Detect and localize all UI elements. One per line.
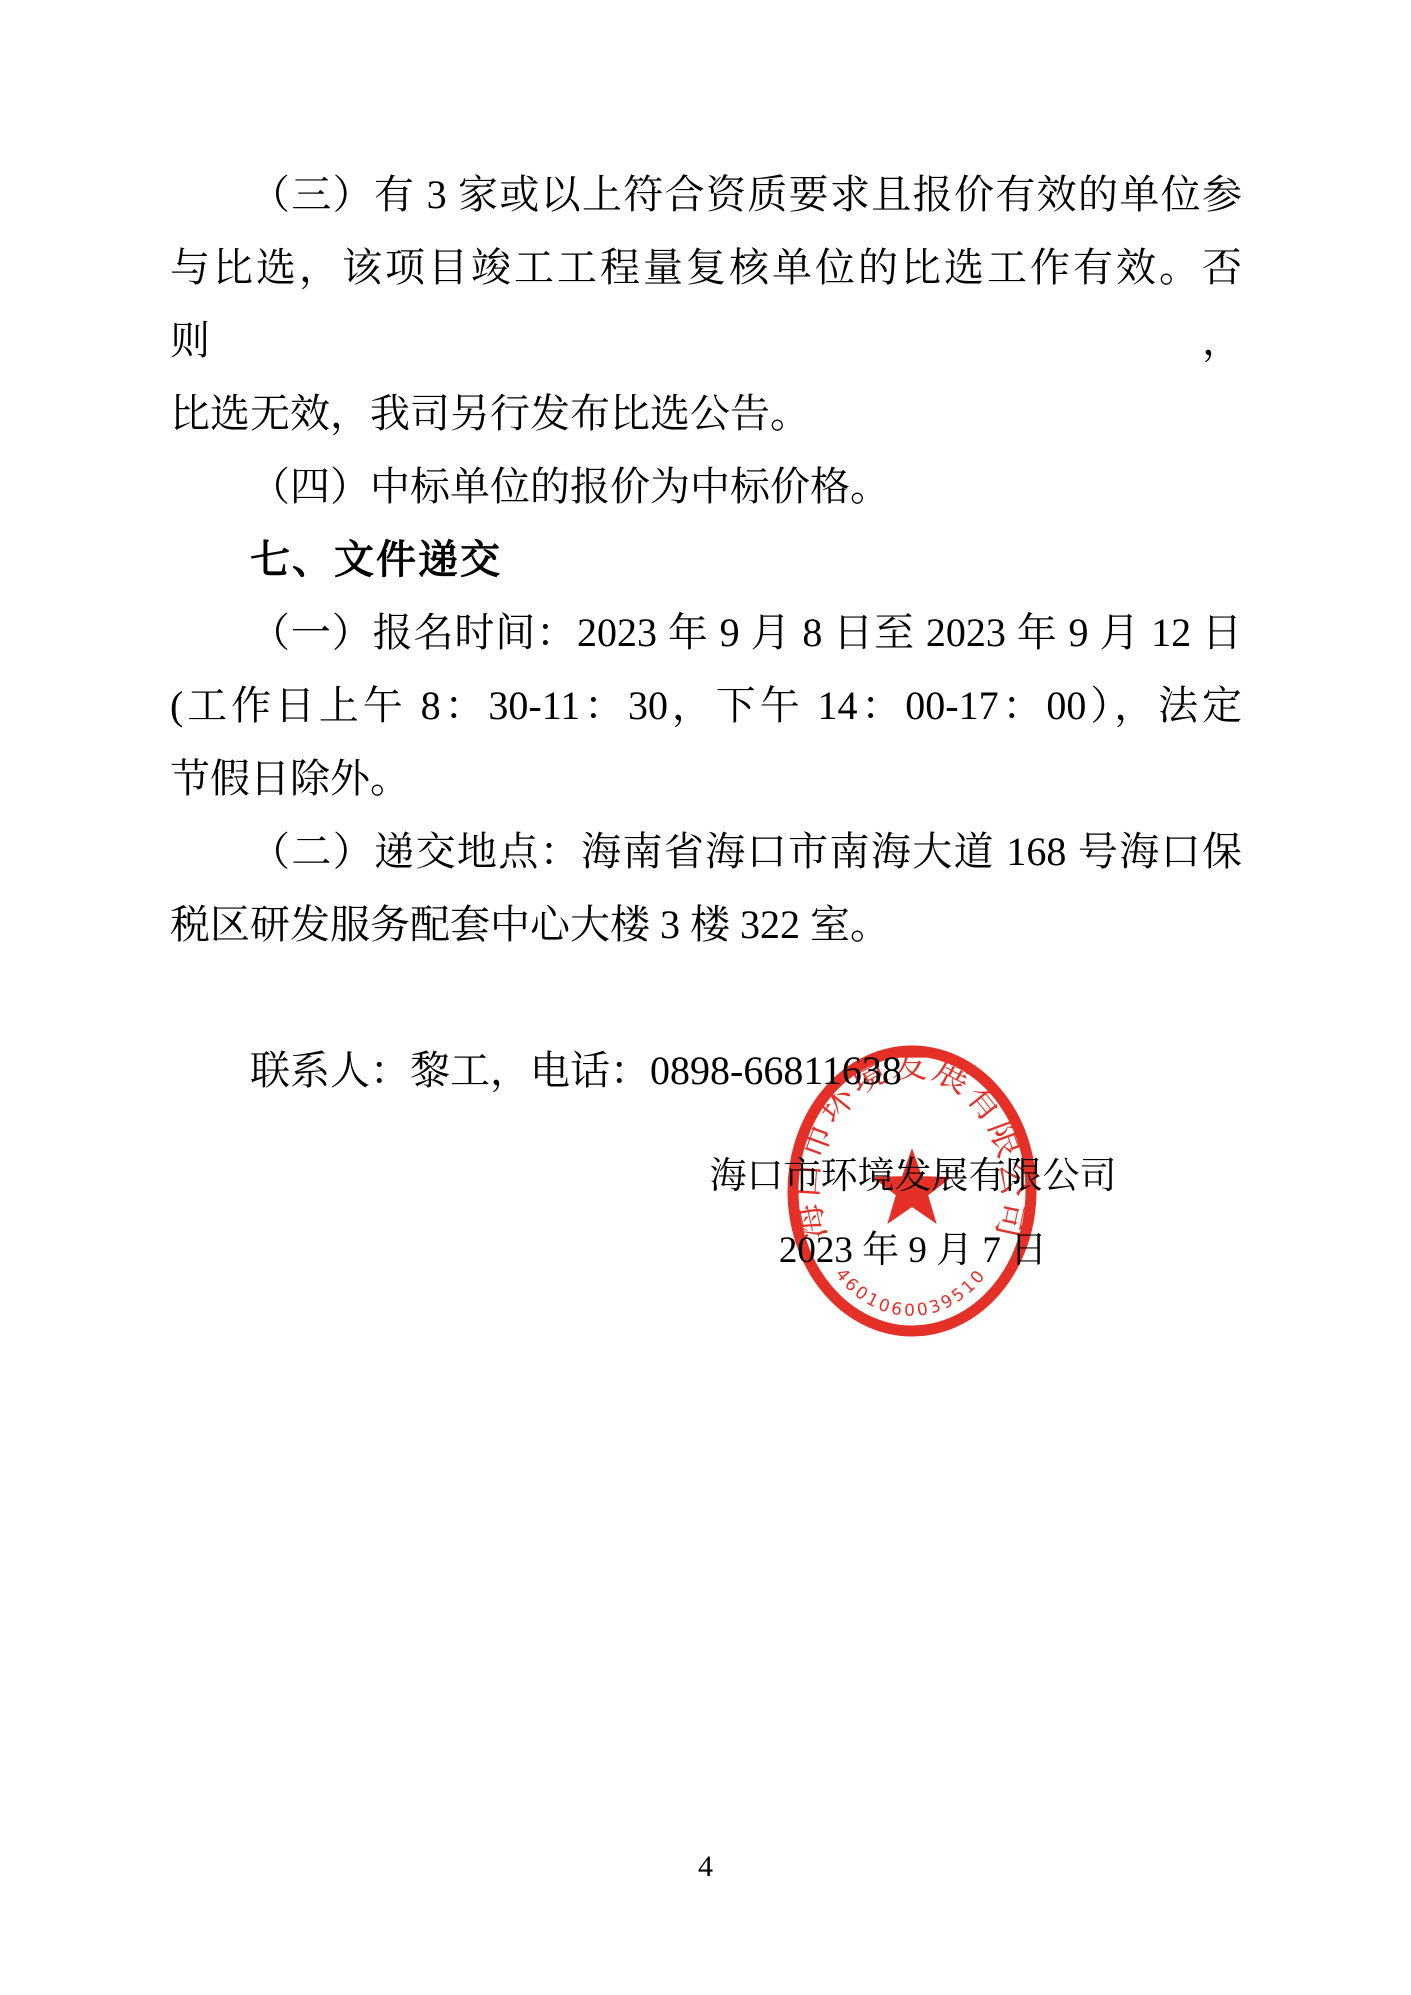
text-line: 比选无效，我司另行发布比选公告。 [170, 377, 1242, 450]
signature-block: 海口市环境发展有限公司 2023 年 9 月 7 日 [663, 1140, 1163, 1288]
text-line: （三）有 3 家或以上符合资质要求且报价有效的单位参 [170, 158, 1242, 231]
signature-date: 2023 年 9 月 7 日 [663, 1214, 1163, 1288]
document-body: （三）有 3 家或以上符合资质要求且报价有效的单位参 与比选，该项目竣工工程量复… [170, 158, 1242, 1107]
blank-line [170, 961, 1242, 1034]
section-heading: 七、文件递交 [170, 523, 1242, 596]
text-line: （一）报名时间：2023 年 9 月 8 日至 2023 年 9 月 12 日 [170, 596, 1242, 669]
signature-company: 海口市环境发展有限公司 [663, 1140, 1163, 1214]
page-number: 4 [0, 1850, 1411, 1884]
text-line: 节假日除外。 [170, 742, 1242, 815]
text-line: （四）中标单位的报价为中标价格。 [170, 450, 1242, 523]
text-line: 与比选，该项目竣工工程量复核单位的比选工作有效。否则， [170, 231, 1242, 377]
contact-line: 联系人：黎工，电话：0898-66811638 [170, 1034, 1242, 1107]
document-page: （三）有 3 家或以上符合资质要求且报价有效的单位参 与比选，该项目竣工工程量复… [0, 0, 1411, 1995]
text-line: (工作日上午 8：30-11：30，下午 14：00-17：00），法定 [170, 669, 1242, 742]
text-line: （二）递交地点：海南省海口市南海大道 168 号海口保 [170, 815, 1242, 888]
text-line: 税区研发服务配套中心大楼 3 楼 322 室。 [170, 888, 1242, 961]
